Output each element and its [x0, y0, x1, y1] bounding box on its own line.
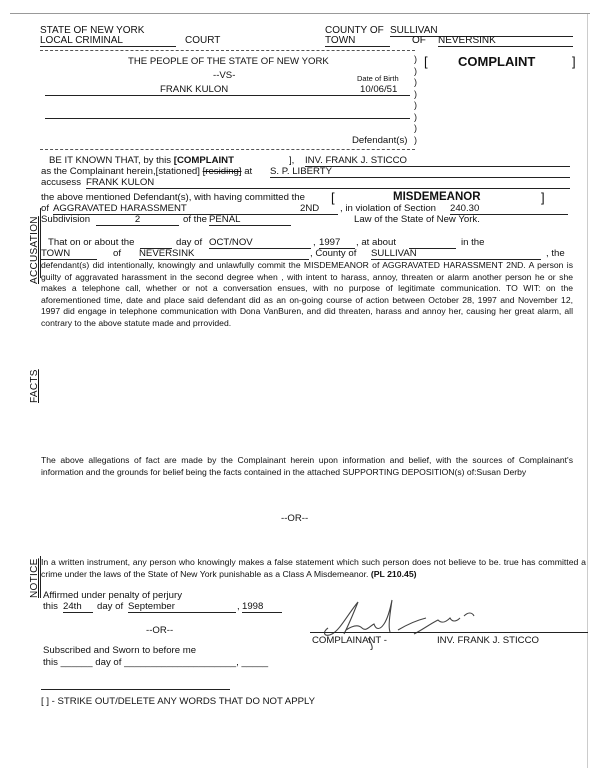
- doctype-bracket-open: [: [424, 54, 428, 69]
- committed-line: the above mentioned Defendant(s), with h…: [41, 192, 305, 203]
- law-suffix: Law of the State of New York.: [354, 214, 480, 225]
- notice-side-label: NOTICE: [29, 558, 40, 598]
- defendant-line-2: [45, 118, 410, 119]
- people-caption: THE PEOPLE OF THE STATE OF NEW YORK: [128, 56, 329, 67]
- struck-word: [residing]: [203, 166, 242, 177]
- accused-field[interactable]: FRANK KULON: [86, 177, 570, 189]
- accusation-narrative: defendant(s) did intentionally, knowingl…: [41, 260, 573, 330]
- degree-field[interactable]: 2ND: [300, 203, 319, 214]
- notice-body: In a written instrument, any person who …: [41, 557, 586, 579]
- law-field[interactable]: PENAL: [209, 214, 291, 226]
- caption-parens: )))))))): [414, 54, 417, 146]
- notice-citation: (PL 210.45): [371, 569, 417, 579]
- strike-note: [ ] - STRIKE OUT/DELETE ANY WORDS THAT D…: [41, 696, 315, 707]
- page-right-edge: [587, 14, 588, 768]
- municipality-name-field[interactable]: NEVERSINK: [438, 35, 573, 47]
- in-the-label: in the: [461, 237, 484, 248]
- doctype-bracket-close: ]: [572, 54, 576, 69]
- page-top-edge: [10, 13, 590, 14]
- subdivision-label: Subdivision: [41, 214, 90, 225]
- subdivision-field[interactable]: 2: [96, 214, 179, 226]
- county-of-label: , County of: [310, 248, 356, 259]
- affirmed-year-field[interactable]: 1998: [242, 601, 282, 613]
- affirmed-day-of-label: day of: [97, 601, 123, 612]
- of-the-label: of the: [183, 214, 207, 225]
- document-type: COMPLAINT: [458, 54, 535, 69]
- sworn-label: Subscribed and Sworn to before me: [43, 645, 196, 656]
- affirmed-month-field[interactable]: September: [128, 601, 236, 613]
- offense-class: MISDEMEANOR: [393, 191, 481, 203]
- at-label: at: [244, 166, 252, 177]
- instrument-close: ],: [289, 155, 294, 166]
- defendant-name-field[interactable]: FRANK KULON: [160, 84, 228, 95]
- affirmed-this-label: this: [43, 601, 58, 612]
- place-type-field[interactable]: TOWN: [41, 248, 97, 260]
- caption-bottom-rule: [40, 149, 415, 150]
- versus-label: --VS-: [213, 70, 235, 81]
- court-label: COURT: [185, 35, 220, 46]
- defendant-line: [45, 95, 410, 96]
- or-separator-2: --OR--: [146, 625, 173, 636]
- accuses-label: accusess: [41, 177, 81, 188]
- notary-signature-line[interactable]: [41, 689, 230, 690]
- day-of-label: day of: [176, 237, 202, 248]
- affirmed-day-field[interactable]: 24th: [63, 601, 93, 613]
- complainant-signature-line[interactable]: [310, 632, 588, 633]
- place-of-label: of: [113, 248, 121, 259]
- at-about-label: , at about: [356, 237, 396, 248]
- sworn-blank-line[interactable]: this ______ day of _____________________…: [43, 657, 268, 668]
- notice-text: In a written instrument, any person who …: [41, 557, 586, 580]
- dob-field[interactable]: 10/06/51: [360, 84, 397, 95]
- the-label: , the: [546, 248, 565, 259]
- be-it-known: BE IT KNOWN THAT, by this: [49, 155, 171, 166]
- complainant-line: as the Complainant herein,[stationed]: [41, 166, 200, 177]
- on-or-about-label: That on or about the: [48, 237, 134, 248]
- facts-allegations: The above allegations of fact are made b…: [41, 455, 573, 478]
- complainant-label: COMPLAINANT -: [312, 635, 387, 646]
- of-label: OF: [412, 35, 426, 46]
- county-field-2[interactable]: SULLIVAN: [371, 248, 541, 260]
- affirmed-label: Affirmed under penalty of perjury: [43, 590, 182, 601]
- instrument-type: [COMPLAINT: [174, 155, 234, 166]
- facts-side-label: FACTS: [29, 369, 40, 403]
- dob-label: Date of Birth: [357, 74, 399, 83]
- accusation-side-label: ACCUSATION: [29, 216, 40, 284]
- complainant-name: INV. FRANK J. STICCO: [437, 635, 539, 646]
- municipality-type-field[interactable]: TOWN: [325, 35, 390, 47]
- caption-top-rule: [40, 50, 415, 51]
- or-separator-1: --OR--: [281, 513, 308, 524]
- of-label-2: of: [41, 203, 49, 214]
- place-name-field[interactable]: NEVERSINK: [139, 248, 309, 260]
- violation-label: , in violation of Section: [340, 203, 436, 214]
- court-type: LOCAL CRIMINAL: [40, 35, 176, 47]
- defendants-label: Defendant(s): [352, 135, 407, 146]
